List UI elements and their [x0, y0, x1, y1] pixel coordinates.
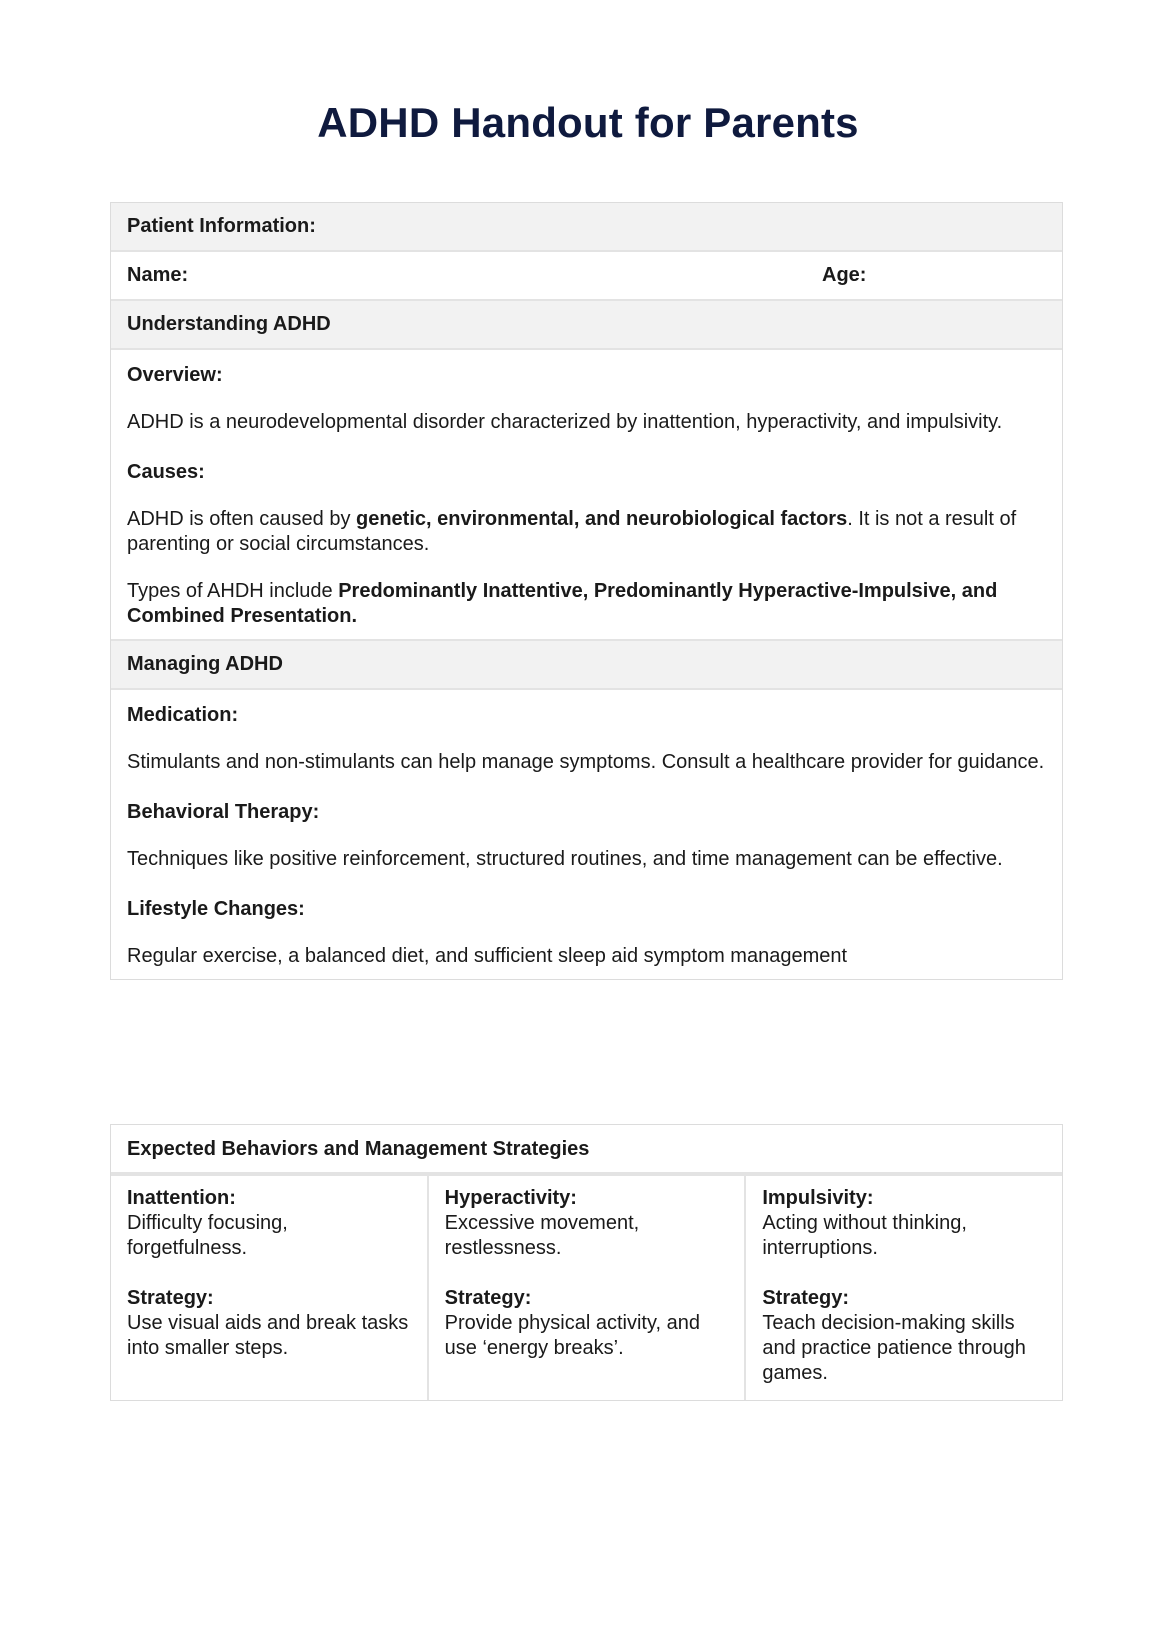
types-text: Types of AHDH include Predominantly Inat… [127, 579, 1046, 629]
page-title: ADHD Handout for Parents [0, 96, 1176, 150]
causes-text: ADHD is often caused by genetic, environ… [127, 507, 1046, 557]
name-field-label: Name: [127, 264, 188, 286]
strategy-text: Teach decision-making skills and practic… [762, 1311, 1046, 1386]
understanding-header: Understanding ADHD [111, 301, 1062, 350]
patient-info-header: Patient Information: [111, 203, 1062, 252]
managing-content: Medication: Stimulants and non-stimulant… [111, 690, 1062, 979]
understanding-content: Overview: ADHD is a neurodevelopmental d… [111, 350, 1062, 641]
behavior-column-inattention: Inattention: Difficulty focusing, forget… [111, 1176, 429, 1400]
strategy-label: Strategy: [762, 1286, 1046, 1311]
therapy-label: Behavioral Therapy: [127, 797, 1046, 827]
behavior-description: Acting without thinking, interruptions. [762, 1211, 1046, 1261]
behaviors-table: Expected Behaviors and Management Strate… [110, 1124, 1063, 1401]
behaviors-grid: Inattention: Difficulty focusing, forget… [111, 1174, 1062, 1400]
behaviors-header: Expected Behaviors and Management Strate… [111, 1125, 1062, 1174]
behavior-column-impulsivity: Impulsivity: Acting without thinking, in… [746, 1176, 1062, 1400]
behavior-description: Difficulty focusing, forgetfulness. [127, 1211, 411, 1261]
behavior-label: Impulsivity: [762, 1186, 1046, 1211]
behavior-column-hyperactivity: Hyperactivity: Excessive movement, restl… [429, 1176, 747, 1400]
behavior-label: Hyperactivity: [445, 1186, 729, 1211]
lifestyle-text: Regular exercise, a balanced diet, and s… [127, 944, 1046, 969]
strategy-label: Strategy: [127, 1286, 411, 1311]
medication-text: Stimulants and non-stimulants can help m… [127, 750, 1046, 775]
behavior-description: Excessive movement, restlessness. [445, 1211, 729, 1261]
causes-label: Causes: [127, 457, 1046, 487]
overview-text: ADHD is a neurodevelopmental disorder ch… [127, 410, 1046, 435]
therapy-text: Techniques like positive reinforcement, … [127, 847, 1046, 872]
strategy-text: Provide physical activity, and use ‘ener… [445, 1311, 729, 1361]
behavior-label: Inattention: [127, 1186, 411, 1211]
patient-fields-row: Name: Age: [111, 252, 1062, 301]
managing-header: Managing ADHD [111, 641, 1062, 690]
lifestyle-label: Lifestyle Changes: [127, 894, 1046, 924]
medication-label: Medication: [127, 700, 1046, 730]
age-field-label: Age: [822, 252, 866, 299]
strategy-text: Use visual aids and break tasks into sma… [127, 1311, 411, 1361]
overview-label: Overview: [127, 360, 1046, 390]
info-table: Patient Information: Name: Age: Understa… [110, 202, 1063, 980]
strategy-label: Strategy: [445, 1286, 729, 1311]
